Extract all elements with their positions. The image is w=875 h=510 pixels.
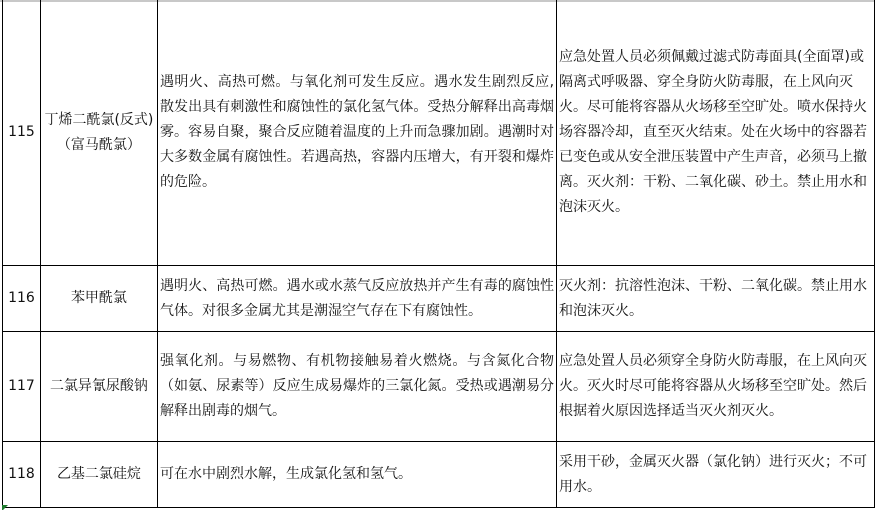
table-row: 115 丁烯二酰氯(反式)（富马酰氯） 遇明火、高热可燃。与氧化剂可发生反应。遇… — [3, 0, 875, 266]
row-number: 115 — [3, 0, 41, 266]
table-row: 116 苯甲酰氯 遇明火、高热可燃。遇水或水蒸气反应放热并产生有毒的腐蚀性气体。… — [3, 266, 875, 332]
chemical-name: 二氯异氰尿酸钠 — [40, 332, 157, 442]
row-number: 117 — [3, 332, 41, 442]
emergency-measures: 应急处置人员必须穿全身防火防毒服，在上风向灭火。灭火时尽可能将容器从火场移至空旷… — [557, 332, 875, 442]
emergency-measures: 灭火剂：抗溶性泡沫、干粉、二氧化碳。禁止用水和泡沫灭火。 — [557, 266, 875, 332]
table-row: 117 二氯异氰尿酸钠 强氧化剂。与易燃物、有机物接触易着火燃烧。与含氮化合物（… — [3, 332, 875, 442]
chemical-name: 丁烯二酰氯(反式)（富马酰氯） — [40, 0, 157, 266]
chemical-name: 苯甲酰氯 — [40, 266, 157, 332]
row-number: 116 — [3, 266, 41, 332]
hazard-description: 遇明火、高热可燃。与氧化剂可发生反应。遇水发生剧烈反应, 散发出具有刺激性和腐蚀… — [157, 0, 556, 266]
emergency-measures: 采用干砂，金属灭火器（氯化钠）进行灭火；不可用水。 — [557, 442, 875, 508]
hazard-description: 遇明火、高热可燃。遇水或水蒸气反应放热并产生有毒的腐蚀性气体。对很多金属尤其是潮… — [157, 266, 556, 332]
hazard-description: 强氧化剂。与易燃物、有机物接触易着火燃烧。与含氮化合物（如氨、尿素等）反应生成易… — [157, 332, 556, 442]
row-number: 118 — [3, 442, 41, 508]
table-row: 118 乙基二氯硅烷 可在水中剧烈水解，生成氯化氢和氢气。 采用干砂，金属灭火器… — [3, 442, 875, 508]
chemical-name: 乙基二氯硅烷 — [40, 442, 157, 508]
emergency-measures: 应急处置人员必须佩戴过滤式防毒面具(全面罩)或隔离式呼吸器、穿全身防火防毒服，在… — [557, 0, 875, 266]
hazard-table: 115 丁烯二酰氯(反式)（富马酰氯） 遇明火、高热可燃。与氧化剂可发生反应。遇… — [2, 0, 875, 508]
hazard-description: 可在水中剧烈水解，生成氯化氢和氢气。 — [157, 442, 556, 508]
cell-corner-marker-icon — [2, 505, 8, 510]
